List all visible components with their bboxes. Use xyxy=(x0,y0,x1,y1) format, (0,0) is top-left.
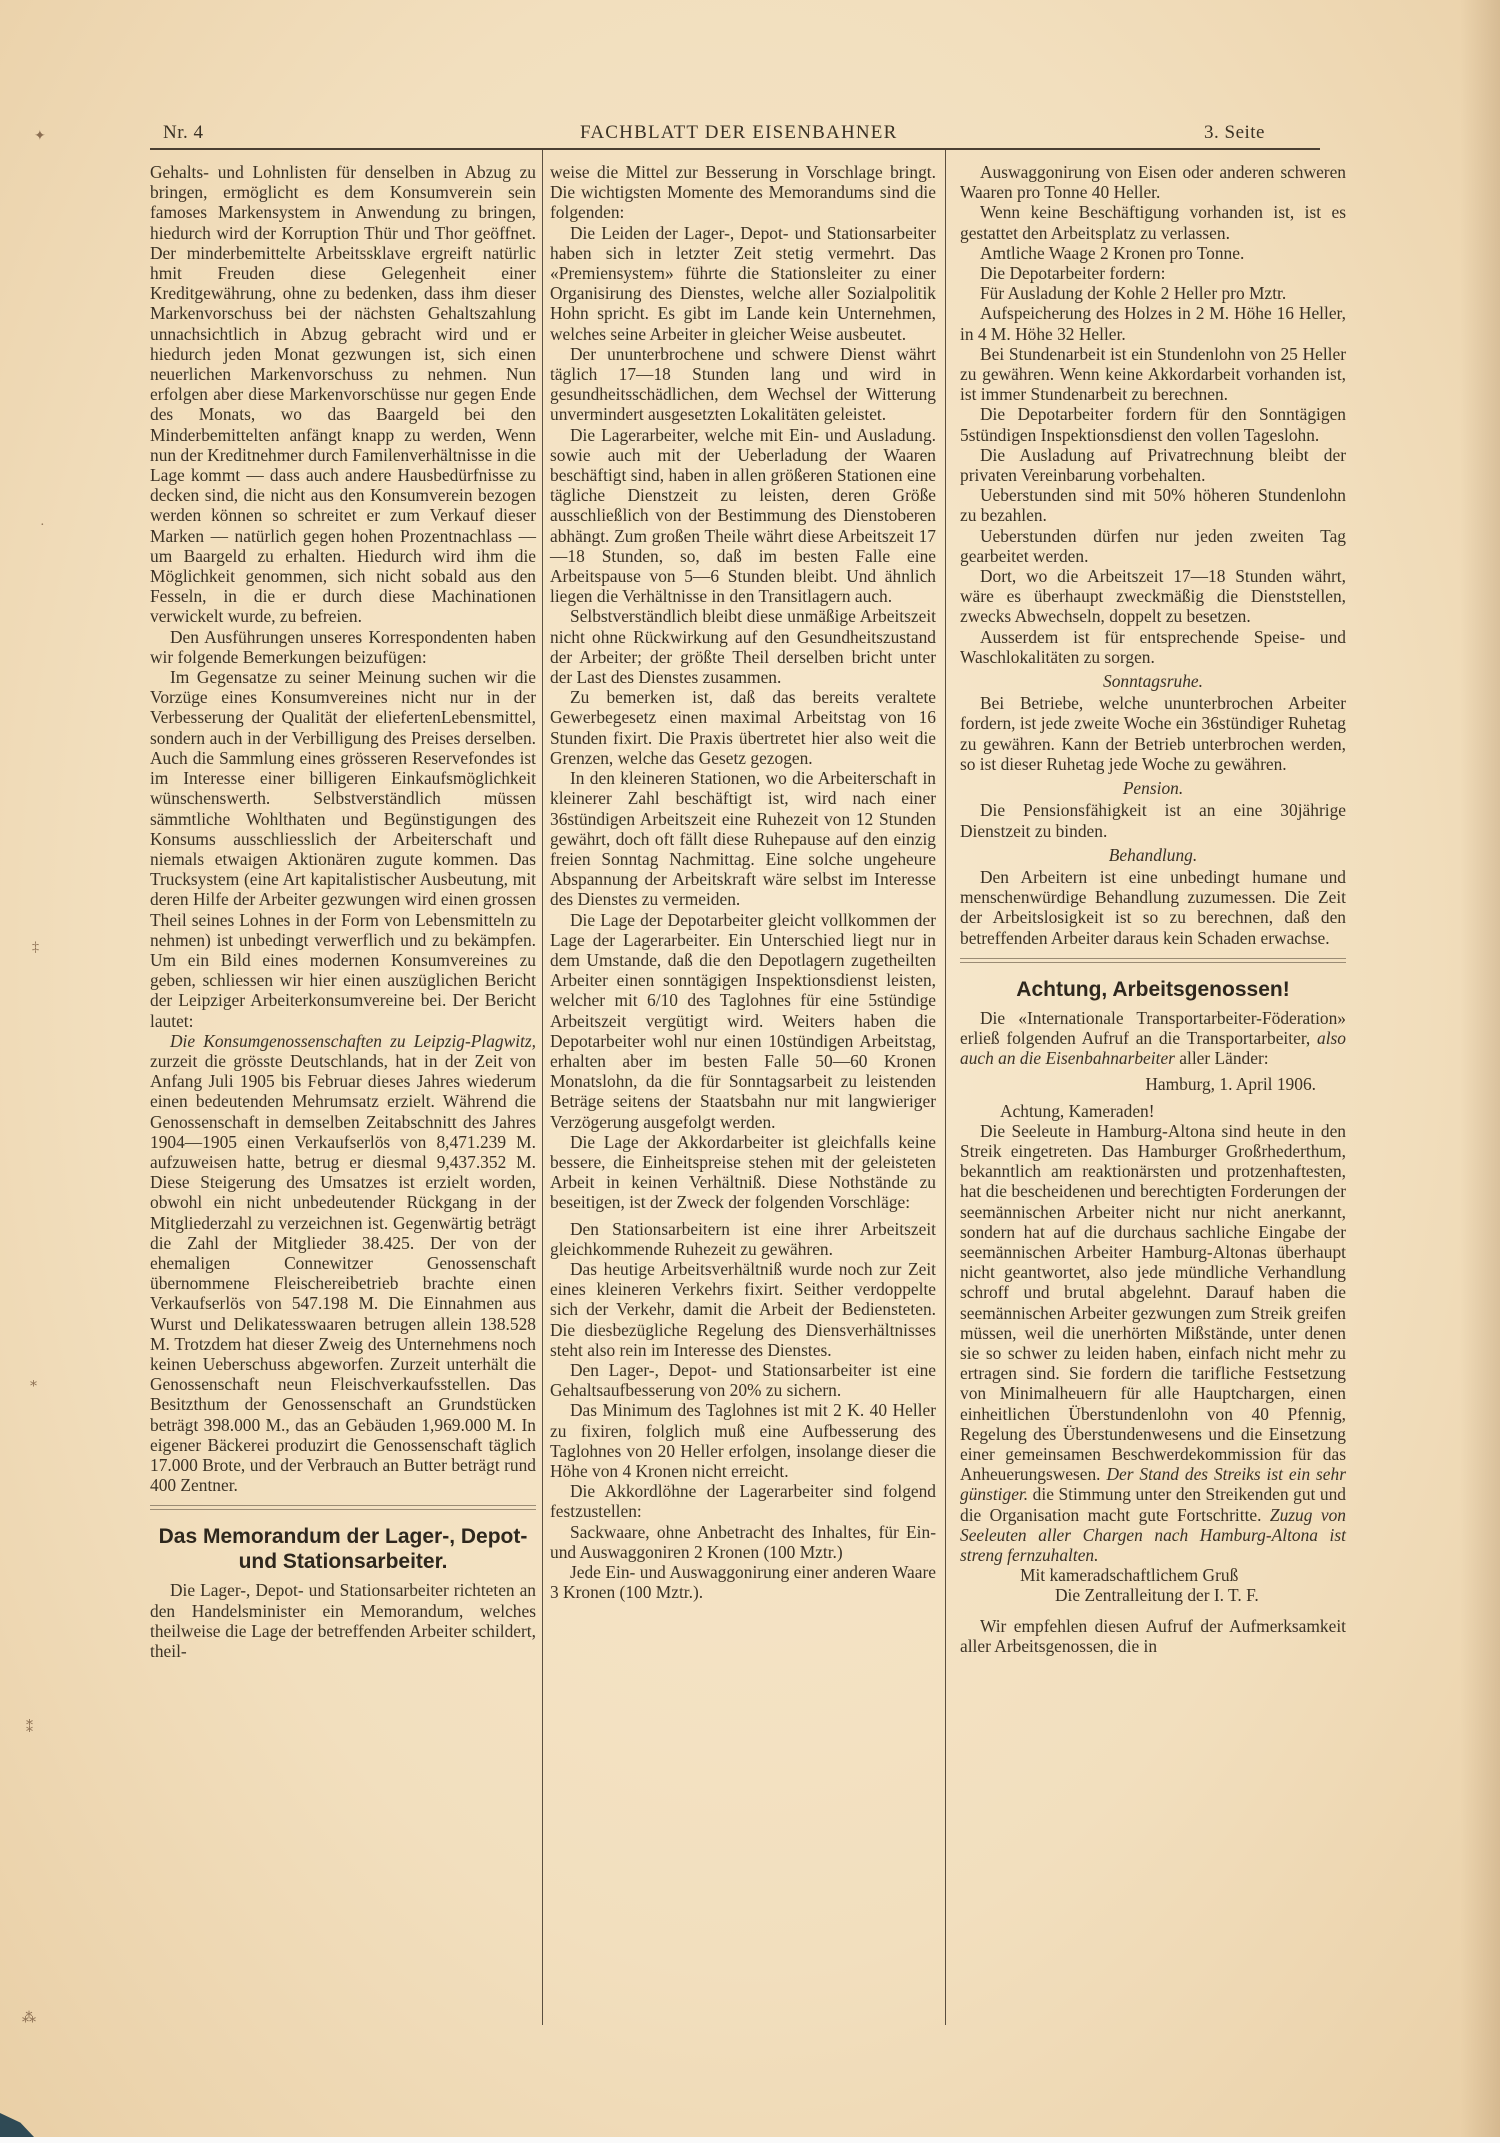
paragraph: In den kleineren Stationen, wo die Arbei… xyxy=(550,768,936,909)
paragraph: Selbstverständlich bleibt diese unmäßige… xyxy=(550,606,936,687)
paragraph-text: zurzeit die grösste Deutschlands, hat in… xyxy=(150,1051,536,1495)
column-2: weise die Mittel zur Besserung in Vorsch… xyxy=(550,162,936,1602)
paragraph: Jede Ein- und Auswaggonirung einer ander… xyxy=(550,1562,936,1602)
paragraph: Den Arbeitern ist eine unbedingt humane … xyxy=(960,867,1346,948)
paragraph: Gehalts- und Lohnlisten für denselben in… xyxy=(150,162,536,627)
paragraph: Den Ausführungen unseres Korrespondenten… xyxy=(150,627,536,667)
paragraph: Zu bemerken ist, daß das bereits veralte… xyxy=(550,687,936,768)
column-divider xyxy=(945,150,946,2025)
article-heading: Achtung, Arbeitsgenossen! xyxy=(960,977,1346,1002)
paragraph: Amtliche Waage 2 Kronen pro Tonne. xyxy=(960,243,1346,263)
publication-title: FACHBLATT DER EISENBAHNER xyxy=(580,122,897,144)
subheading-pension: Pension. xyxy=(960,778,1346,798)
paragraph: Wenn keine Beschäftigung vorhanden ist, … xyxy=(960,202,1346,242)
issue-number: Nr. 4 xyxy=(163,122,204,144)
header-rule xyxy=(150,148,1320,150)
paragraph: Das Minimum des Taglohnes ist mit 2 K. 4… xyxy=(550,1400,936,1481)
scan-border xyxy=(0,2137,1500,2143)
newspaper-page: ✦ · ‡ ⁎ ⁑ ⁂ Nr. 4 FACHBLATT DER EISENBAH… xyxy=(0,0,1500,2143)
margin-mark: ⁂ xyxy=(22,2010,36,2027)
paragraph: Aufspeicherung des Holzes in 2 M. Höhe 1… xyxy=(960,303,1346,343)
subheading-sonntagsruhe: Sonntagsruhe. xyxy=(960,671,1346,691)
subheading-behandlung: Behandlung. xyxy=(960,845,1346,865)
margin-mark: ✦ xyxy=(34,128,46,145)
paragraph: Wir empfehlen diesen Aufruf der Aufmerks… xyxy=(960,1616,1346,1656)
paragraph-text: aller Länder: xyxy=(1175,1048,1269,1068)
paragraph: Das heutige Arbeitsverhältniß wurde noch… xyxy=(550,1259,936,1360)
paragraph: Die Ausladung auf Privatrechnung bleibt … xyxy=(960,445,1346,485)
paragraph: Die Depotarbeiter fordern für den Sonntä… xyxy=(960,404,1346,444)
paragraph: Die Depotarbeiter fordern: xyxy=(960,263,1346,283)
paragraph: Dort, wo die Arbeitszeit 17—18 Stunden w… xyxy=(960,566,1346,627)
article-heading: Das Memorandum der Lager-, Depot- und St… xyxy=(150,1524,536,1574)
page-edge-shadow xyxy=(1460,0,1500,2143)
paragraph: Die Lage der Akkordarbeiter ist gleichfa… xyxy=(550,1132,936,1213)
paragraph: Ueberstunden dürfen nur jeden zweiten Ta… xyxy=(960,526,1346,566)
section-rule xyxy=(150,1505,536,1510)
paragraph: Die «Internationale Transportarbeiter-Fö… xyxy=(960,1008,1346,1069)
margin-mark: · xyxy=(40,518,45,534)
section-rule xyxy=(960,958,1346,963)
page-header: Nr. 4 FACHBLATT DER EISENBAHNER 3. Seite xyxy=(160,122,1310,148)
margin-mark: ⁎ xyxy=(30,1374,37,1391)
paragraph: Auswaggonirung von Eisen oder anderen sc… xyxy=(960,162,1346,202)
paragraph: Im Gegensatze zu seiner Meinung suchen w… xyxy=(150,667,536,1031)
paragraph: Die Lager-, Depot- und Stationsarbeiter … xyxy=(150,1580,536,1661)
paragraph: Sackwaare, ohne Anbetracht des Inhaltes,… xyxy=(550,1522,936,1562)
paragraph: Ueberstunden sind mit 50% höheren Stunde… xyxy=(960,485,1346,525)
scan-corner-mark xyxy=(0,2113,34,2137)
paragraph: Ausserdem ist für entsprechende Speise- … xyxy=(960,627,1346,667)
dateline: Hamburg, 1. April 1906. xyxy=(960,1074,1346,1094)
paragraph-text: Die Seeleute in Hamburg-Altona sind heut… xyxy=(960,1121,1346,1484)
paragraph: Die Pensionsfähigkeit ist an eine 30jähr… xyxy=(960,800,1346,840)
paragraph: Die Seeleute in Hamburg-Altona sind heut… xyxy=(960,1121,1346,1565)
paragraph: Die Lagerarbeiter, welche mit Ein- und A… xyxy=(550,425,936,607)
margin-mark: ‡ xyxy=(32,940,39,956)
paragraph: Die Akkordlöhne der Lagerarbeiter sind f… xyxy=(550,1481,936,1521)
paragraph: Der ununterbrochene und schwere Dienst w… xyxy=(550,344,936,425)
paragraph-text: Die «Internationale Transportarbeiter-Fö… xyxy=(960,1008,1346,1048)
paragraph: Bei Betriebe, welche ununterbrochen Arbe… xyxy=(960,693,1346,774)
column-3: Auswaggonirung von Eisen oder anderen sc… xyxy=(960,162,1346,1656)
margin-mark: ⁑ xyxy=(26,1720,33,1737)
paragraph: Den Lager-, Depot- und Stationsarbeiter … xyxy=(550,1360,936,1400)
paragraph: Für Ausladung der Kohle 2 Heller pro Mzt… xyxy=(960,283,1346,303)
paragraph: Die Leiden der Lager-, Depot- und Statio… xyxy=(550,223,936,344)
salutation: Achtung, Kameraden! xyxy=(960,1101,1346,1121)
page-number: 3. Seite xyxy=(1204,122,1265,144)
paragraph: Bei Stundenarbeit ist ein Stundenlohn vo… xyxy=(960,344,1346,405)
paragraph: Die Lage der Depotarbeiter gleicht vollk… xyxy=(550,910,936,1132)
column-1: Gehalts- und Lohnlisten für denselben in… xyxy=(150,162,536,1661)
closing: Mit kameradschaftlichem Gruß xyxy=(960,1565,1346,1585)
italic-text: Die Konsumgenossenschaften zu Leipzig-Pl… xyxy=(170,1031,536,1051)
paragraph: weise die Mittel zur Besserung in Vorsch… xyxy=(550,162,936,223)
paragraph: Den Stationsarbeitern ist eine ihrer Arb… xyxy=(550,1219,936,1259)
column-divider xyxy=(542,150,543,2025)
paragraph: Die Konsumgenossenschaften zu Leipzig-Pl… xyxy=(150,1031,536,1496)
signature: Die Zentralleitung der I. T. F. xyxy=(960,1585,1346,1605)
